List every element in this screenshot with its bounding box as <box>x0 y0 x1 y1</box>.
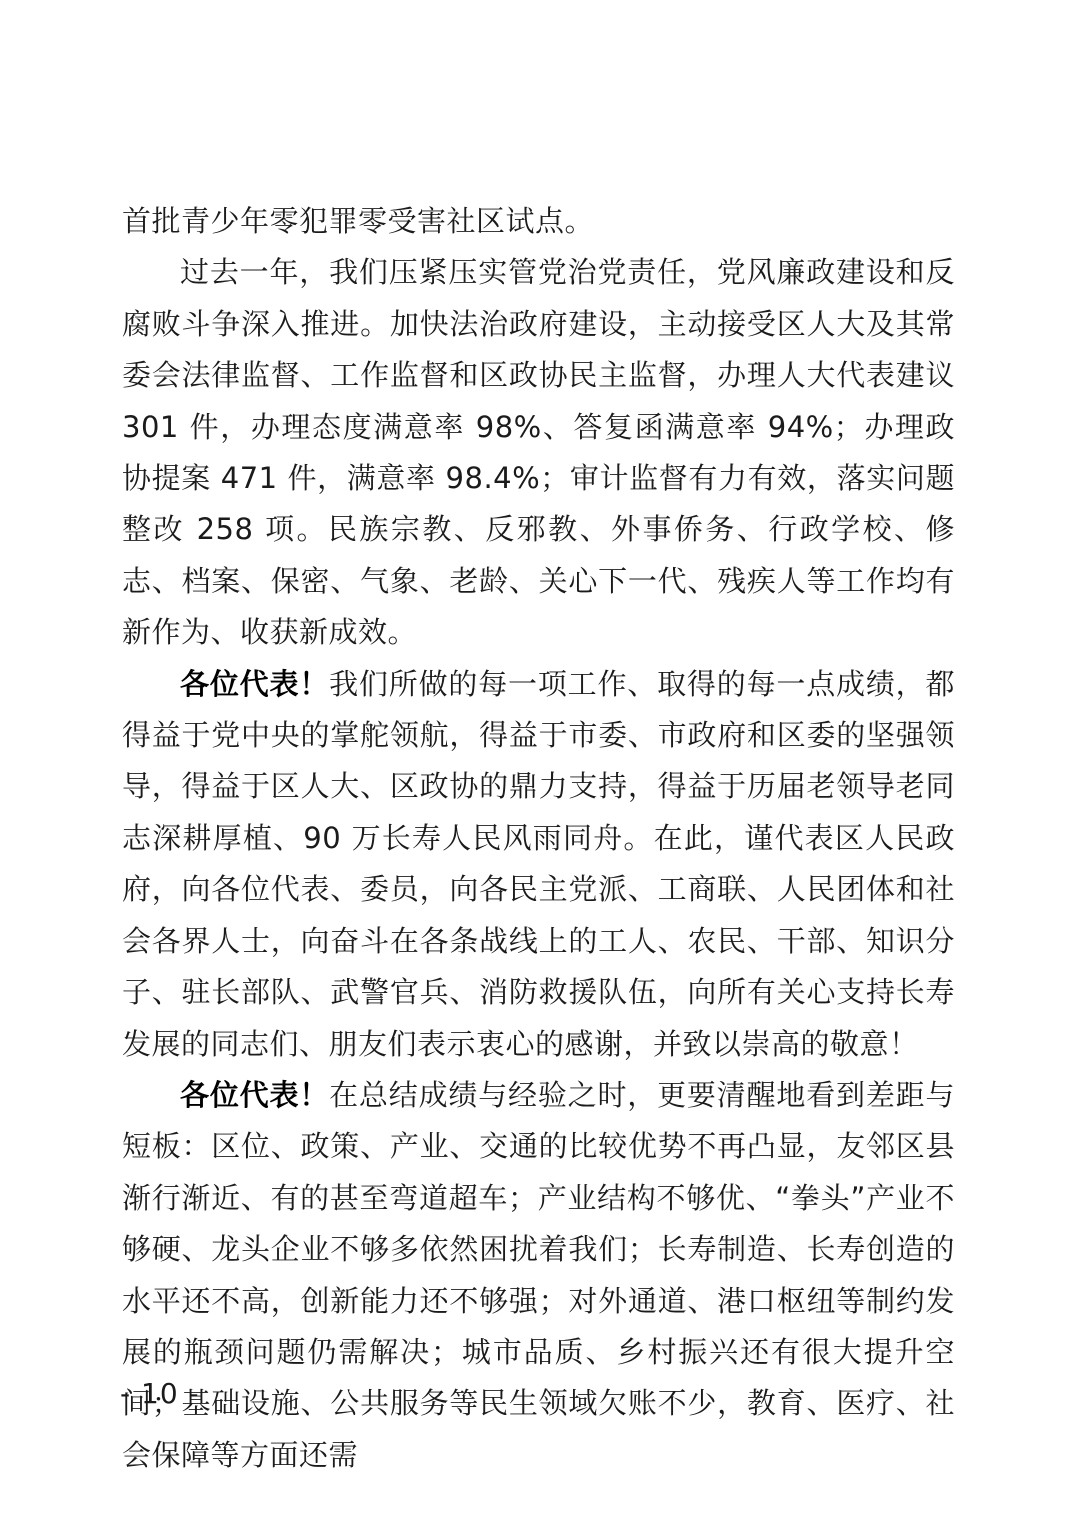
paragraph-shortcomings: 各位代表！在总结成绩与经验之时，更要清醒地看到差距与短板：区位、政策、产业、交通… <box>122 1070 955 1481</box>
paragraph-thanks-lead: 各位代表！ <box>180 667 329 701</box>
paragraph-shortcomings-text: 在总结成绩与经验之时，更要清醒地看到差距与短板：区位、政策、产业、交通的比较优势… <box>122 1078 955 1472</box>
paragraph-continuation: 首批青少年零犯罪零受害社区试点。 <box>122 196 955 247</box>
paragraph-continuation-text: 首批青少年零犯罪零受害社区试点。 <box>122 204 594 238</box>
page-number-label: - 10 - <box>120 1374 200 1414</box>
paragraph-past-year-review: 过去一年，我们压紧压实管党治党责任，党风廉政建设和反腐败斗争深入推进。加快法治政… <box>122 247 955 658</box>
paragraph-thanks: 各位代表！我们所做的每一项工作、取得的每一点成绩，都得益于党中央的掌舵领航，得益… <box>122 659 955 1070</box>
paragraph-shortcomings-lead: 各位代表！ <box>180 1078 329 1112</box>
paragraph-thanks-text: 我们所做的每一项工作、取得的每一点成绩，都得益于党中央的掌舵领航，得益于市委、市… <box>122 667 955 1061</box>
document-body-text: 首批青少年零犯罪零受害社区试点。 过去一年，我们压紧压实管党治党责任，党风廉政建… <box>122 196 955 1481</box>
document-page: 首批青少年零犯罪零受害社区试点。 过去一年，我们压紧压实管党治党责任，党风廉政建… <box>0 0 1075 1520</box>
paragraph-past-year-review-text: 过去一年，我们压紧压实管党治党责任，党风廉政建设和反腐败斗争深入推进。加快法治政… <box>122 255 955 649</box>
